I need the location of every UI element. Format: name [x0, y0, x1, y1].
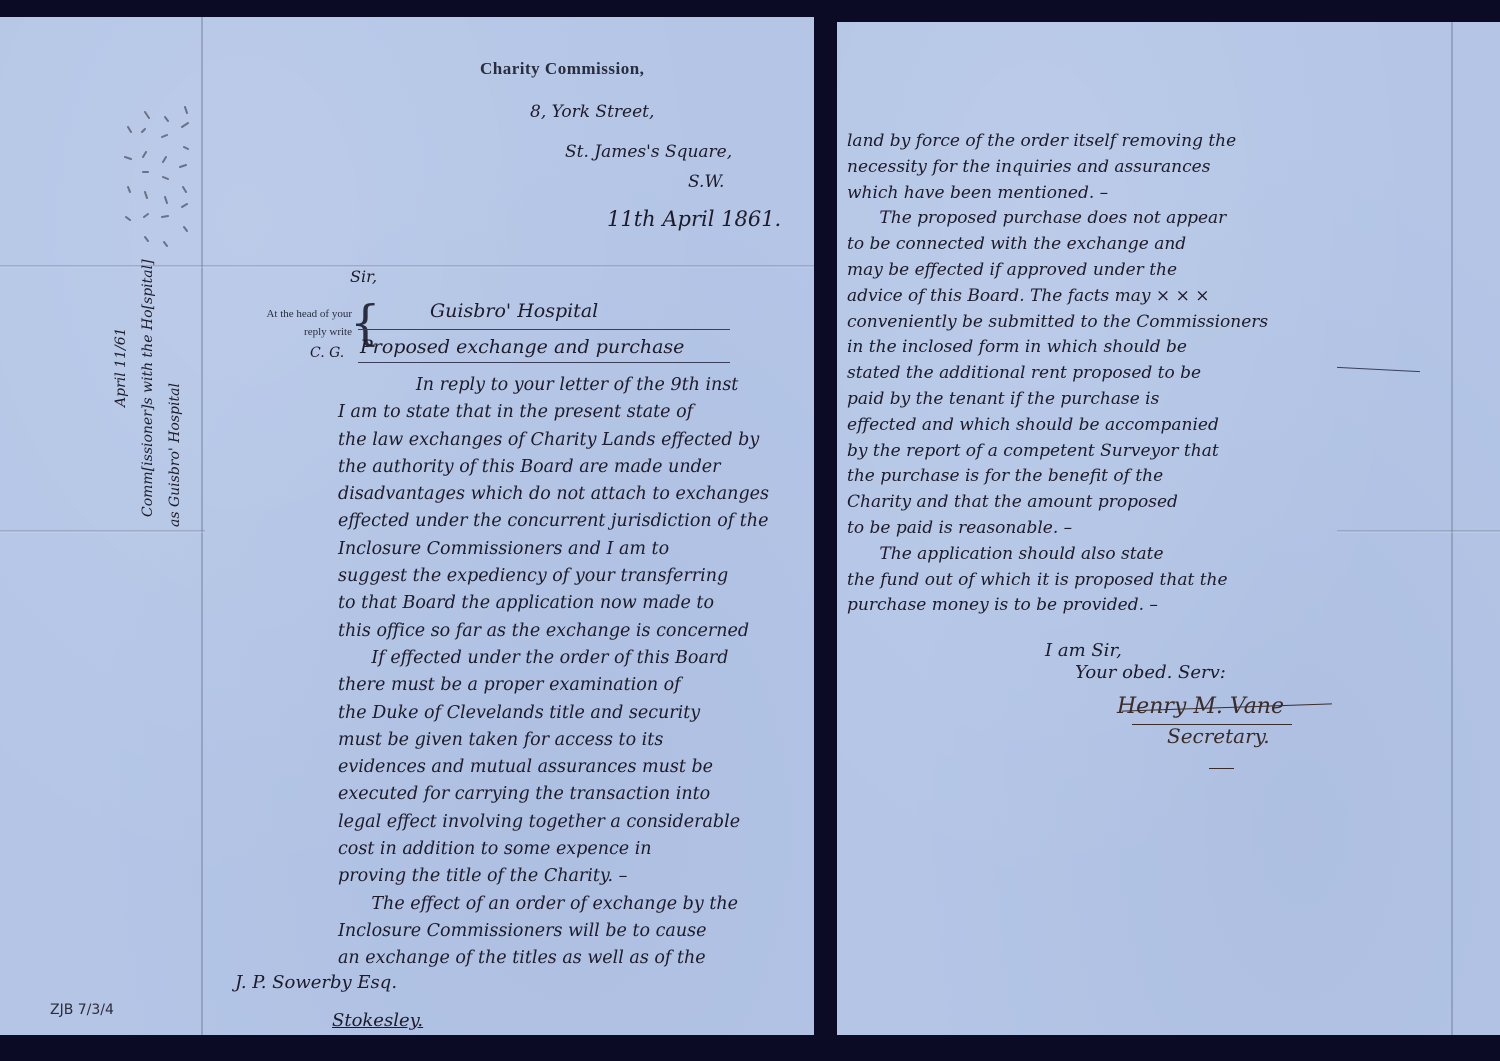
body-line: may be effected if approved under the	[847, 258, 1367, 284]
body-line: paid by the tenant if the purchase is	[847, 387, 1367, 413]
body-line: proving the title of the Charity. –	[338, 863, 814, 890]
body-line: necessity for the inquiries and assuranc…	[847, 155, 1367, 181]
letter-page-right: land by force of the order itself removi…	[837, 22, 1500, 1035]
subject-line-2: Proposed exchange and purchase	[360, 336, 684, 358]
margin-note-line: Comm[issioner]s with the Ho[spital]	[135, 259, 162, 527]
margin-note: April 11/61 Comm[issioner]s with the Ho[…	[108, 259, 189, 527]
margin-note-line: April 11/61	[108, 259, 135, 527]
paper-fold-horizontal	[0, 530, 205, 533]
body-line: The effect of an order of exchange by th…	[338, 891, 814, 918]
margin-note-line: as Guisbro' Hospital	[162, 259, 189, 527]
body-line: there must be a proper examination of	[338, 672, 814, 699]
reply-instruction: At the head of your reply write	[262, 305, 352, 341]
body-line: If effected under the order of this Boar…	[338, 645, 814, 672]
body-line: executed for carrying the transaction in…	[338, 781, 814, 808]
body-line: Inclosure Commissioners and I am to	[338, 536, 814, 563]
closing-line: Your obed. Serv:	[1075, 662, 1226, 683]
body-line: The application should also state	[847, 542, 1367, 568]
body-line: which have been mentioned. –	[847, 181, 1367, 207]
body-line: advice of this Board. The facts may × × …	[847, 284, 1367, 310]
body-line: this office so far as the exchange is co…	[338, 618, 814, 645]
letter-body-right: land by force of the order itself removi…	[847, 129, 1367, 619]
salutation: Sir,	[350, 267, 377, 286]
closing-line: I am Sir,	[1045, 640, 1122, 661]
letter-page-left: April 11/61 Comm[issioner]s with the Ho[…	[0, 17, 814, 1035]
body-line: the purchase is for the benefit of the	[847, 464, 1367, 490]
body-line: in the inclosed form in which should be	[847, 335, 1367, 361]
body-line: to that Board the application now made t…	[338, 590, 814, 617]
body-line: an exchange of the titles as well as of …	[338, 945, 814, 972]
closing-dash	[1209, 768, 1234, 769]
paper-fold-vertical	[201, 17, 203, 1035]
body-line: Inclosure Commissioners will be to cause	[338, 918, 814, 945]
addressee-place: Stokesley.	[332, 1010, 423, 1031]
body-line: the Duke of Clevelands title and securit…	[338, 700, 814, 727]
letter-date: 11th April 1861.	[607, 207, 781, 231]
letterhead-address-line: 8, York Street,	[530, 102, 654, 122]
body-line: the fund out of which it is proposed tha…	[847, 568, 1367, 594]
body-line: to be paid is reasonable. –	[847, 516, 1367, 542]
body-line: conveniently be submitted to the Commiss…	[847, 310, 1367, 336]
body-line: Charity and that the amount proposed	[847, 490, 1367, 516]
body-line: In reply to your letter of the 9th inst	[338, 372, 814, 399]
subject-rule	[358, 329, 730, 330]
letterhead-organization: Charity Commission,	[480, 59, 644, 79]
body-line: The proposed purchase does not appear	[847, 206, 1367, 232]
body-line: land by force of the order itself removi…	[847, 129, 1367, 155]
body-line: stated the additional rent proposed to b…	[847, 361, 1367, 387]
addressee-name: J. P. Sowerby Esq.	[235, 972, 397, 993]
paper-fold-vertical	[1451, 22, 1453, 1035]
body-line: the law exchanges of Charity Lands effec…	[338, 427, 814, 454]
letterhead-address-line: St. James's Square,	[565, 142, 732, 162]
letter-body-left: In reply to your letter of the 9th inst …	[338, 372, 814, 973]
signatory-title: Secretary.	[1167, 724, 1270, 748]
body-line: must be given taken for access to its	[338, 727, 814, 754]
body-line: cost in addition to some expence in	[338, 836, 814, 863]
body-line: legal effect involving together a consid…	[338, 809, 814, 836]
archive-reference: ZJB 7/3/4	[50, 1002, 114, 1018]
body-line: suggest the expediency of your transferr…	[338, 563, 814, 590]
body-line: disadvantages which do not attach to exc…	[338, 481, 814, 508]
body-line: I am to state that in the present state …	[338, 399, 814, 426]
body-line: to be connected with the exchange and	[847, 232, 1367, 258]
subject-line-1: Guisbro' Hospital	[430, 300, 598, 322]
bleed-through-ink-marks	[110, 87, 200, 257]
body-line: effected under the concurrent jurisdicti…	[338, 508, 814, 535]
reply-code: C. G.	[310, 345, 344, 361]
subject-rule	[358, 362, 730, 363]
body-line: the authority of this Board are made und…	[338, 454, 814, 481]
body-line: purchase money is to be provided. –	[847, 593, 1367, 619]
letterhead-address-line: S.W.	[688, 172, 724, 192]
body-line: effected and which should be accompanied	[847, 413, 1367, 439]
body-line: evidences and mutual assurances must be	[338, 754, 814, 781]
body-line: by the report of a competent Surveyor th…	[847, 439, 1367, 465]
